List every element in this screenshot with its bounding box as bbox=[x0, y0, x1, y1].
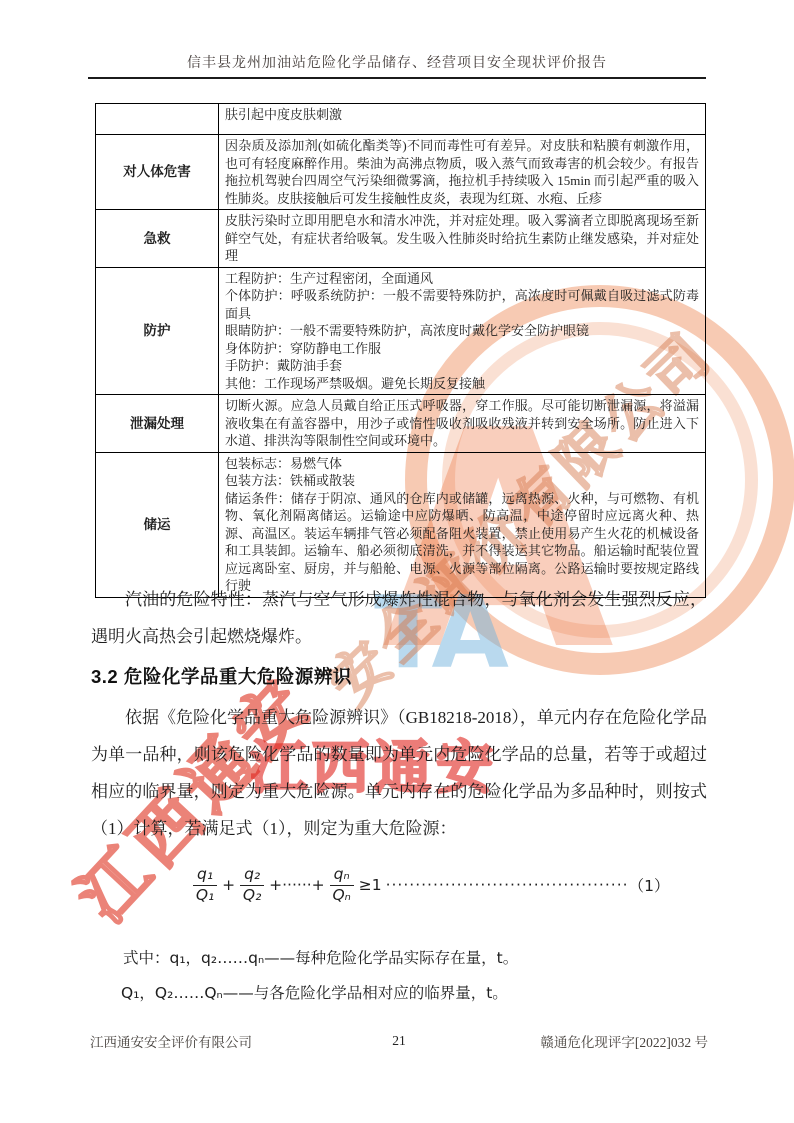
page-header-title: 信丰县龙州加油站危险化学品储存、经营项目安全现状评价报告 bbox=[0, 52, 794, 72]
para-identification-basis: 依据《危险化学品重大危险源辨识》（GB18218-2018），单元内存在危险化学… bbox=[91, 699, 707, 847]
table-row: 储运 包装标志：易燃气体 包装方法：铁桶或散装 储运条件：储存于阴凉、通风的仓库… bbox=[96, 452, 706, 597]
row-label-protection: 防护 bbox=[96, 267, 219, 395]
table-row: 急救 皮肤污染时立即用肥皂水和清水冲洗，并对症处理。吸入雾滴者立即脱离现场至新鲜… bbox=[96, 210, 706, 268]
formula-numerator: qₙ bbox=[330, 866, 354, 886]
formula-plus: + bbox=[222, 876, 235, 894]
table-row: 防护 工程防护：生产过程密闭，全面通风 个体防护：呼吸系统防护：一般不需要特殊防… bbox=[96, 267, 706, 395]
document-page: A TA 安全评价有限公司 江西通安 江西通安 信丰县龙州加油站危险化学品储存、… bbox=[0, 0, 794, 1123]
hazard-table: 肤引起中度皮肤刺激 对人体危害 因杂质及添加剂(如硫化酯类等)不同而毒性可有差异… bbox=[95, 103, 706, 598]
para-gasoline-hazard: 汽油的危险特性：蒸汽与空气形成爆炸性混合物，与氧化剂会发生强烈反应，遇明火高热会… bbox=[91, 581, 707, 655]
row-label bbox=[96, 104, 219, 135]
row-label-leak-handling: 泄漏处理 bbox=[96, 395, 219, 453]
row-label-storage-transport: 储运 bbox=[96, 452, 219, 597]
formula-fraction-n: qₙ Qₙ bbox=[330, 866, 354, 905]
formula-denominator: Q₁ bbox=[196, 886, 214, 905]
formula-numerator: q₂ bbox=[240, 866, 264, 886]
row-content-human-harm: 因杂质及添加剂(如硫化酯类等)不同而毒性可有差异。对皮肤和粘膜有刺激作用，也可有… bbox=[219, 135, 706, 210]
formula-where-line-2: Q₁，Q₂……Qₙ——与各危险化学品相对应的临界量，t。 bbox=[121, 981, 508, 1003]
formula-middle-dots: +······+ bbox=[269, 876, 325, 894]
formula-equation-number: （1） bbox=[629, 874, 670, 896]
header-divider bbox=[88, 77, 706, 79]
footer-doc-number: 赣通危化现评字[2022]032 号 bbox=[540, 1031, 708, 1051]
section-heading-3-2: 3.2 危险化学品重大危险源辨识 bbox=[91, 663, 352, 689]
formula-equation-1: q₁ Q₁ + q₂ Q₂ +······+ qₙ Qₙ ≥1 ········… bbox=[190, 866, 669, 905]
formula-fraction-2: q₂ Q₂ bbox=[240, 866, 264, 905]
footer-company-name: 江西通安安全评价有限公司 bbox=[90, 1031, 252, 1051]
row-label-human-harm: 对人体危害 bbox=[96, 135, 219, 210]
table-row: 肤引起中度皮肤刺激 bbox=[96, 104, 706, 135]
formula-numerator: q₁ bbox=[193, 866, 217, 886]
formula-fraction-1: q₁ Q₁ bbox=[193, 866, 217, 905]
table-row: 泄漏处理 切断火源。应急人员戴自给正压式呼吸器，穿工作服。尽可能切断泄漏源，将溢… bbox=[96, 395, 706, 453]
table-row: 对人体危害 因杂质及添加剂(如硫化酯类等)不同而毒性可有差异。对皮肤和粘膜有刺激… bbox=[96, 135, 706, 210]
row-content-storage-transport: 包装标志：易燃气体 包装方法：铁桶或散装 储运条件：储存于阴凉、通风的仓库内或储… bbox=[219, 452, 706, 597]
row-label-first-aid: 急救 bbox=[96, 210, 219, 268]
formula-denominator: Qₙ bbox=[332, 886, 350, 905]
formula-where-line-1: 式中：q₁，q₂……qₙ——每种危险化学品实际存在量，t。 bbox=[123, 946, 518, 968]
formula-denominator: Q₂ bbox=[243, 886, 261, 905]
row-content-leak-handling: 切断火源。应急人员戴自给正压式呼吸器，穿工作服。尽可能切断泄漏源，将溢漏液收集在… bbox=[219, 395, 706, 453]
formula-leader-dots: ········································… bbox=[386, 876, 629, 894]
row-content-protection: 工程防护：生产过程密闭，全面通风 个体防护：呼吸系统防护：一般不需要特殊防护，高… bbox=[219, 267, 706, 395]
row-content: 肤引起中度皮肤刺激 bbox=[219, 104, 706, 135]
row-content-first-aid: 皮肤污染时立即用肥皂水和清水冲洗，并对症处理。吸入雾滴者立即脱离现场至新鲜空气处… bbox=[219, 210, 706, 268]
formula-geq-1: ≥1 bbox=[359, 876, 382, 894]
